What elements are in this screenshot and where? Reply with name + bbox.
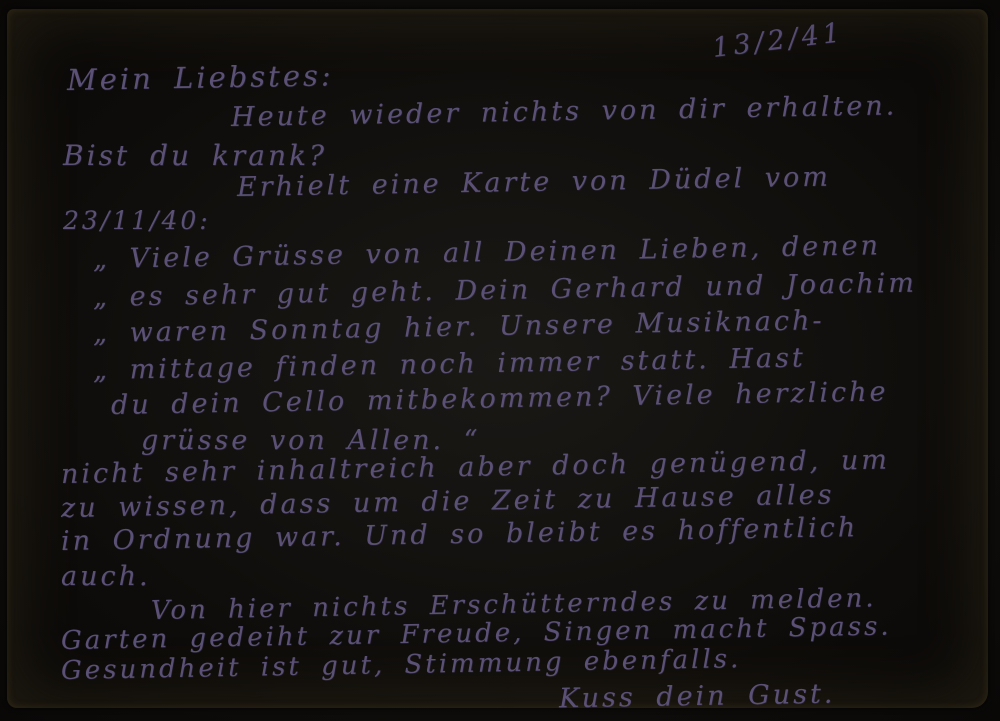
date-annotation: 13/2/41 [711, 17, 846, 64]
handwritten-line: „ waren Sonntag hier. Unsere Musiknach- [93, 305, 825, 349]
postcard: 13/2/41 Mein Liebstes:Heute wieder nicht… [7, 9, 988, 708]
handwritten-line: auch. [61, 561, 151, 592]
handwritten-line: grüsse von Allen. “ [141, 425, 480, 456]
handwritten-line: „ Viele Grüsse von all Deinen Lieben, de… [93, 230, 881, 275]
handwritten-line: 23/11/40: [63, 206, 211, 235]
handwritten-line: Mein Liebstes: [67, 58, 334, 97]
signature-line: Kuss dein Gust. [559, 679, 836, 715]
scan-background: 13/2/41 Mein Liebstes:Heute wieder nicht… [0, 0, 1000, 721]
handwritten-line: Bist du krank? [63, 139, 327, 172]
handwritten-line: Heute wieder nichts von dir erhalten. [231, 90, 898, 133]
